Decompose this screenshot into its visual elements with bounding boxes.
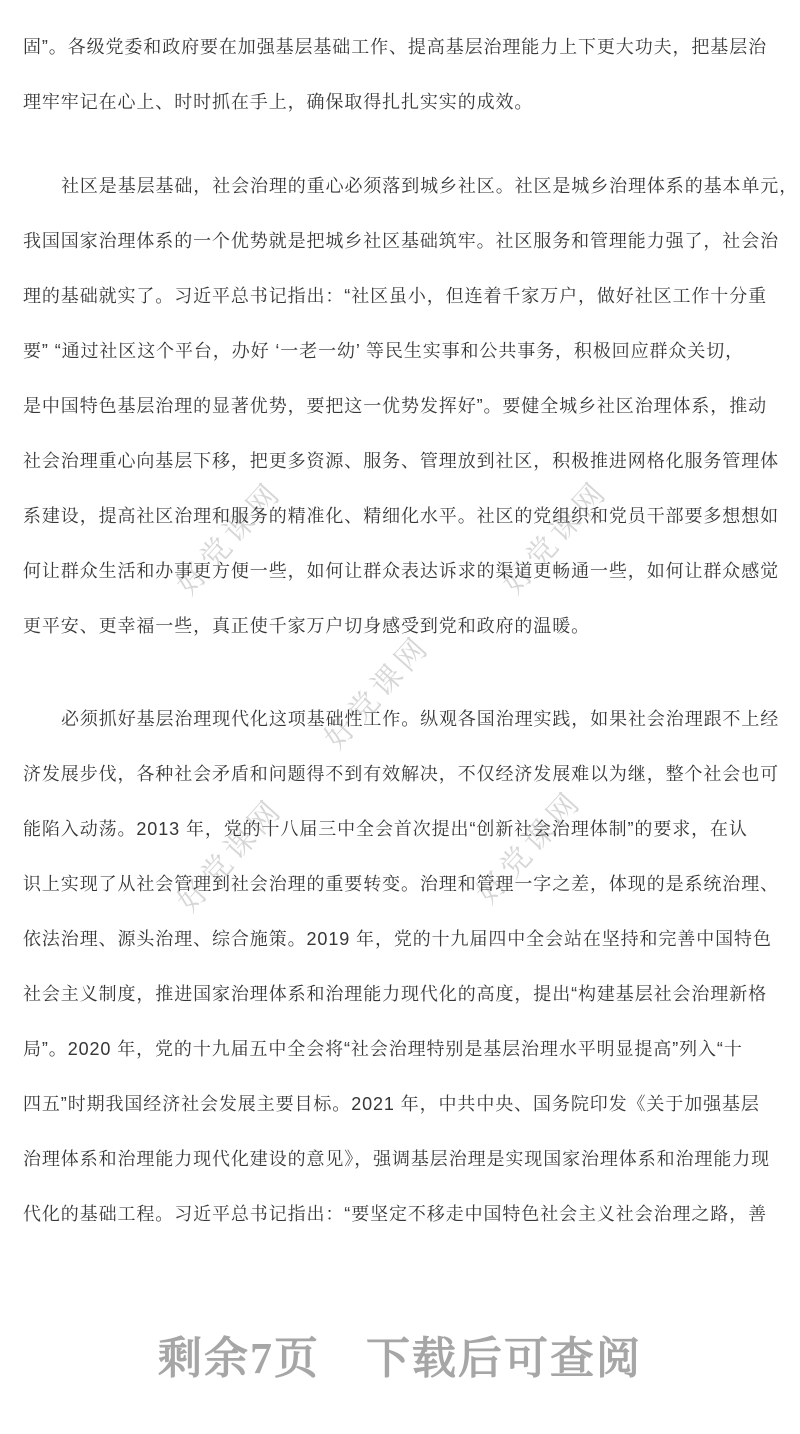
footer-download-hint: 下载后可查阅 bbox=[366, 1334, 642, 1383]
page-footer: 剩余7页下载后可查阅 bbox=[0, 1322, 800, 1386]
text-line: 社会主义制度，推进国家治理体系和治理能力现代化的高度，提出“构建基层社会治理新格 bbox=[23, 967, 782, 1022]
text-line: 理的基础就实了。习近平总书记指出：“社区虽小，但连着千家万户，做好社区工作十分重 bbox=[23, 269, 782, 324]
text-line: 四五”时期我国经济社会发展主要目标。2021 年，中共中央、国务院印发《关于加强… bbox=[23, 1077, 782, 1132]
text-line: 社会治理重心向基层下移，把更多资源、服务、管理放到社区，积极推进网格化服务管理体 bbox=[23, 434, 782, 489]
footer-remaining-pages: 剩余7页 bbox=[158, 1334, 320, 1383]
paragraph: 固”。各级党委和政府要在加强基层基础工作、提高基层治理能力上下更大功夫，把基层治… bbox=[23, 20, 782, 130]
text-line: 要” “通过社区这个平台，办好 ‘一老一幼’ 等民生实事和公共事务，积极回应群众… bbox=[23, 324, 782, 379]
text-line: 更平安、更幸福一些，真正使千家万户切身感受到党和政府的温暖。 bbox=[23, 599, 782, 654]
text-line: 我国国家治理体系的一个优势就是把城乡社区基础筑牢。社区服务和管理能力强了，社会治 bbox=[23, 214, 782, 269]
text-line: 固”。各级党委和政府要在加强基层基础工作、提高基层治理能力上下更大功夫，把基层治 bbox=[23, 20, 782, 75]
text-line: 局”。2020 年，党的十九届五中全会将“社会治理特别是基层治理水平明显提高”列… bbox=[23, 1022, 782, 1077]
text-line: 系建设，提高社区治理和服务的精准化、精细化水平。社区的党组织和党员干部要多想想如 bbox=[23, 489, 782, 544]
text-line: 识上实现了从社会管理到社会治理的重要转变。治理和管理一字之差，体现的是系统治理、 bbox=[23, 857, 782, 912]
paragraph: 社区是基层基础，社会治理的重心必须落到城乡社区。社区是城乡治理体系的基本单元，我… bbox=[23, 159, 782, 654]
text-line: 治理体系和治理能力现代化建设的意见》，强调基层治理是实现国家治理体系和治理能力现 bbox=[23, 1132, 782, 1187]
text-line: 依法治理、源头治理、综合施策。2019 年，党的十九届四中全会站在坚持和完善中国… bbox=[23, 912, 782, 967]
document-content: 固”。各级党委和政府要在加强基层基础工作、提高基层治理能力上下更大功夫，把基层治… bbox=[23, 20, 782, 1242]
text-line: 理牢牢记在心上、时时抓在手上，确保取得扎扎实实的成效。 bbox=[23, 75, 782, 130]
text-line: 社区是基层基础，社会治理的重心必须落到城乡社区。社区是城乡治理体系的基本单元， bbox=[23, 159, 782, 214]
document-page: 好党课网好党课网好党课网好党课网好党课网 固”。各级党委和政府要在加强基层基础工… bbox=[0, 0, 800, 1434]
text-line: 必须抓好基层治理现代化这项基础性工作。纵观各国治理实践，如果社会治理跟不上经 bbox=[23, 692, 782, 747]
text-line: 何让群众生活和办事更方便一些，如何让群众表达诉求的渠道更畅通一些，如何让群众感觉 bbox=[23, 544, 782, 599]
text-line: 代化的基础工程。习近平总书记指出：“要坚定不移走中国特色社会主义社会治理之路，善 bbox=[23, 1187, 782, 1242]
paragraph: 必须抓好基层治理现代化这项基础性工作。纵观各国治理实践，如果社会治理跟不上经济发… bbox=[23, 692, 782, 1242]
text-line: 是中国特色基层治理的显著优势，要把这一优势发挥好”。要健全城乡社区治理体系，推动 bbox=[23, 379, 782, 434]
text-line: 能陷入动荡。2013 年，党的十八届三中全会首次提出“创新社会治理体制”的要求，… bbox=[23, 802, 782, 857]
text-line: 济发展步伐，各种社会矛盾和问题得不到有效解决，不仅经济发展难以为继，整个社会也可 bbox=[23, 747, 782, 802]
